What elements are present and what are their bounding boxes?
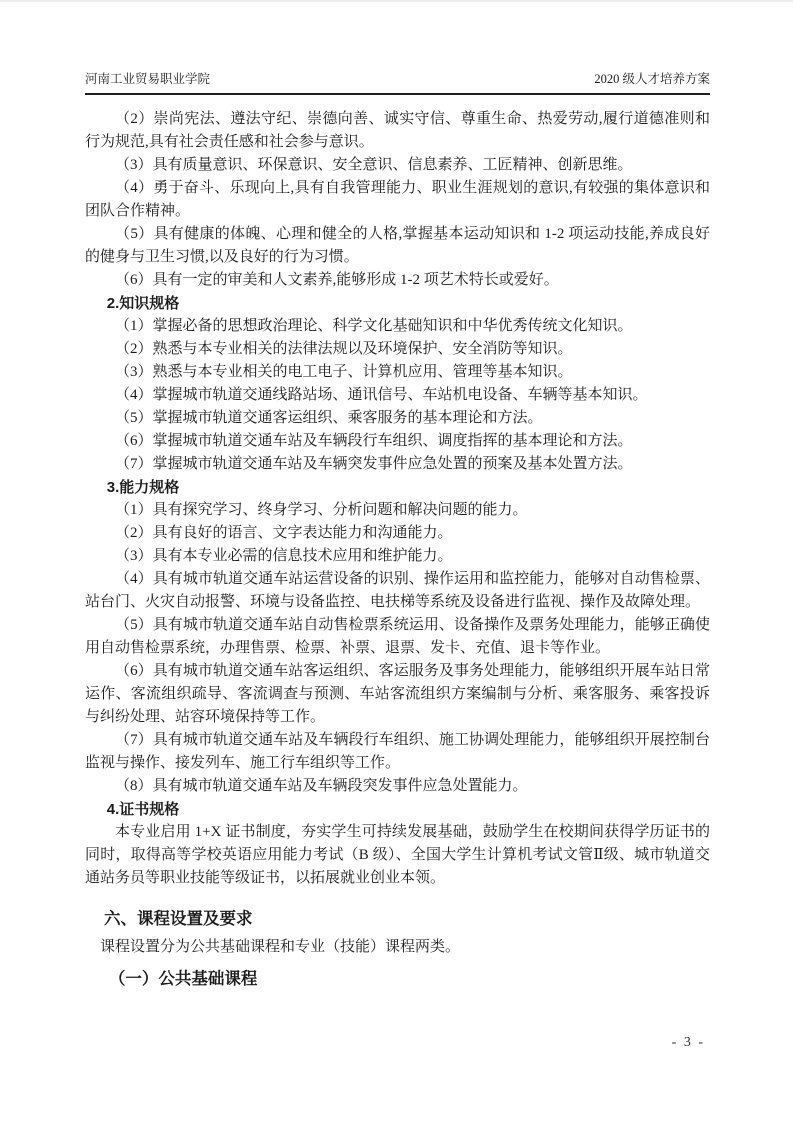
sub-heading: 2.知识规格 xyxy=(85,292,710,315)
document-body: （2）崇尚宪法、遵法守纪、崇德向善、诚实守信、尊重生命、热爱劳动,履行道德准则和… xyxy=(85,108,710,991)
sub-heading: 3.能力规格 xyxy=(85,476,710,499)
document-page: 河南工业贸易职业学院 2020 级人才培养方案 （2）崇尚宪法、遵法守纪、崇德向… xyxy=(0,0,793,1122)
paragraph: （2）崇尚宪法、遵法守纪、崇德向善、诚实守信、尊重生命、热爱劳动,履行道德准则和… xyxy=(85,108,710,154)
paragraph: （6）掌握城市轨道交通车站及车辆段行车组织、调度指挥的基本理论和方法。 xyxy=(85,430,710,453)
paragraph: （5）具有健康的体魄、心理和健全的人格,掌握基本运动知识和 1-2 项运动技能,… xyxy=(85,223,710,269)
paragraph: （4）勇于奋斗、乐现向上,具有自我管理能力、职业生涯规划的意识,有较强的集体意识… xyxy=(85,177,710,223)
paragraph: （1）掌握必备的思想政治理论、科学文化基础知识和中华优秀传统文化知识。 xyxy=(85,315,710,338)
paragraph: （2）熟悉与本专业相关的法律法规以及环境保护、安全消防等知识。 xyxy=(85,338,710,361)
paragraph: （3）熟悉与本专业相关的电工电子、计算机应用、管理等基本知识。 xyxy=(85,361,710,384)
page-number: - 3 - xyxy=(672,1035,705,1051)
section-heading: 六、课程设置及要求 xyxy=(85,907,710,931)
paragraph: （4）掌握城市轨道交通线路站场、通讯信号、车站机电设备、车辆等基本知识。 xyxy=(85,384,710,407)
subsection-heading: （一）公共基础课程 xyxy=(85,967,710,991)
paragraph: （5）具有城市轨道交通车站自动售检票系统运用、设备操作及票务处理能力，能够正确使… xyxy=(85,614,710,660)
paragraph: （8）具有城市轨道交通车站及车辆段突发事件应急处置能力。 xyxy=(85,775,710,798)
sub-heading: 4.证书规格 xyxy=(85,798,710,821)
paragraph: （2）具有良好的语言、文字表达能力和沟通能力。 xyxy=(85,522,710,545)
paragraph: （7）掌握城市轨道交通车站及车辆突发事件应急处置的预案及基本处置方法。 xyxy=(85,453,710,476)
header-school-name: 河南工业贸易职业学院 xyxy=(85,72,210,87)
header-doc-title: 2020 级人才培养方案 xyxy=(594,72,710,87)
paragraph: （4）具有城市轨道交通车站运营设备的识别、操作运用和监控能力，能够对自动售检票、… xyxy=(85,568,710,614)
page-header: 河南工业贸易职业学院 2020 级人才培养方案 xyxy=(85,72,710,95)
paragraph: （3）具有本专业必需的信息技术应用和维护能力。 xyxy=(85,545,710,568)
paragraph: （6）具有城市轨道交通车站客运组织、客运服务及事务处理能力，能够组织开展车站日常… xyxy=(85,660,710,729)
paragraph: 课程设置分为公共基础课程和专业（技能）课程两类。 xyxy=(85,936,710,959)
paragraph: （7）具有城市轨道交通车站及车辆段行车组织、施工协调处理能力，能够组织开展控制台… xyxy=(85,729,710,775)
paragraph: （1）具有探究学习、终身学习、分析问题和解决问题的能力。 xyxy=(85,499,710,522)
paragraph: （5）掌握城市轨道交通客运组织、乘客服务的基本理论和方法。 xyxy=(85,407,710,430)
paragraph: （6）具有一定的审美和人文素养,能够形成 1-2 项艺术特长或爱好。 xyxy=(85,269,710,292)
paragraph: 本专业启用 1+X 证书制度，夯实学生可持续发展基础，鼓励学生在校期间获得学历证… xyxy=(85,821,710,890)
paragraph: （3）具有质量意识、环保意识、安全意识、信息素养、工匠精神、创新思维。 xyxy=(85,154,710,177)
